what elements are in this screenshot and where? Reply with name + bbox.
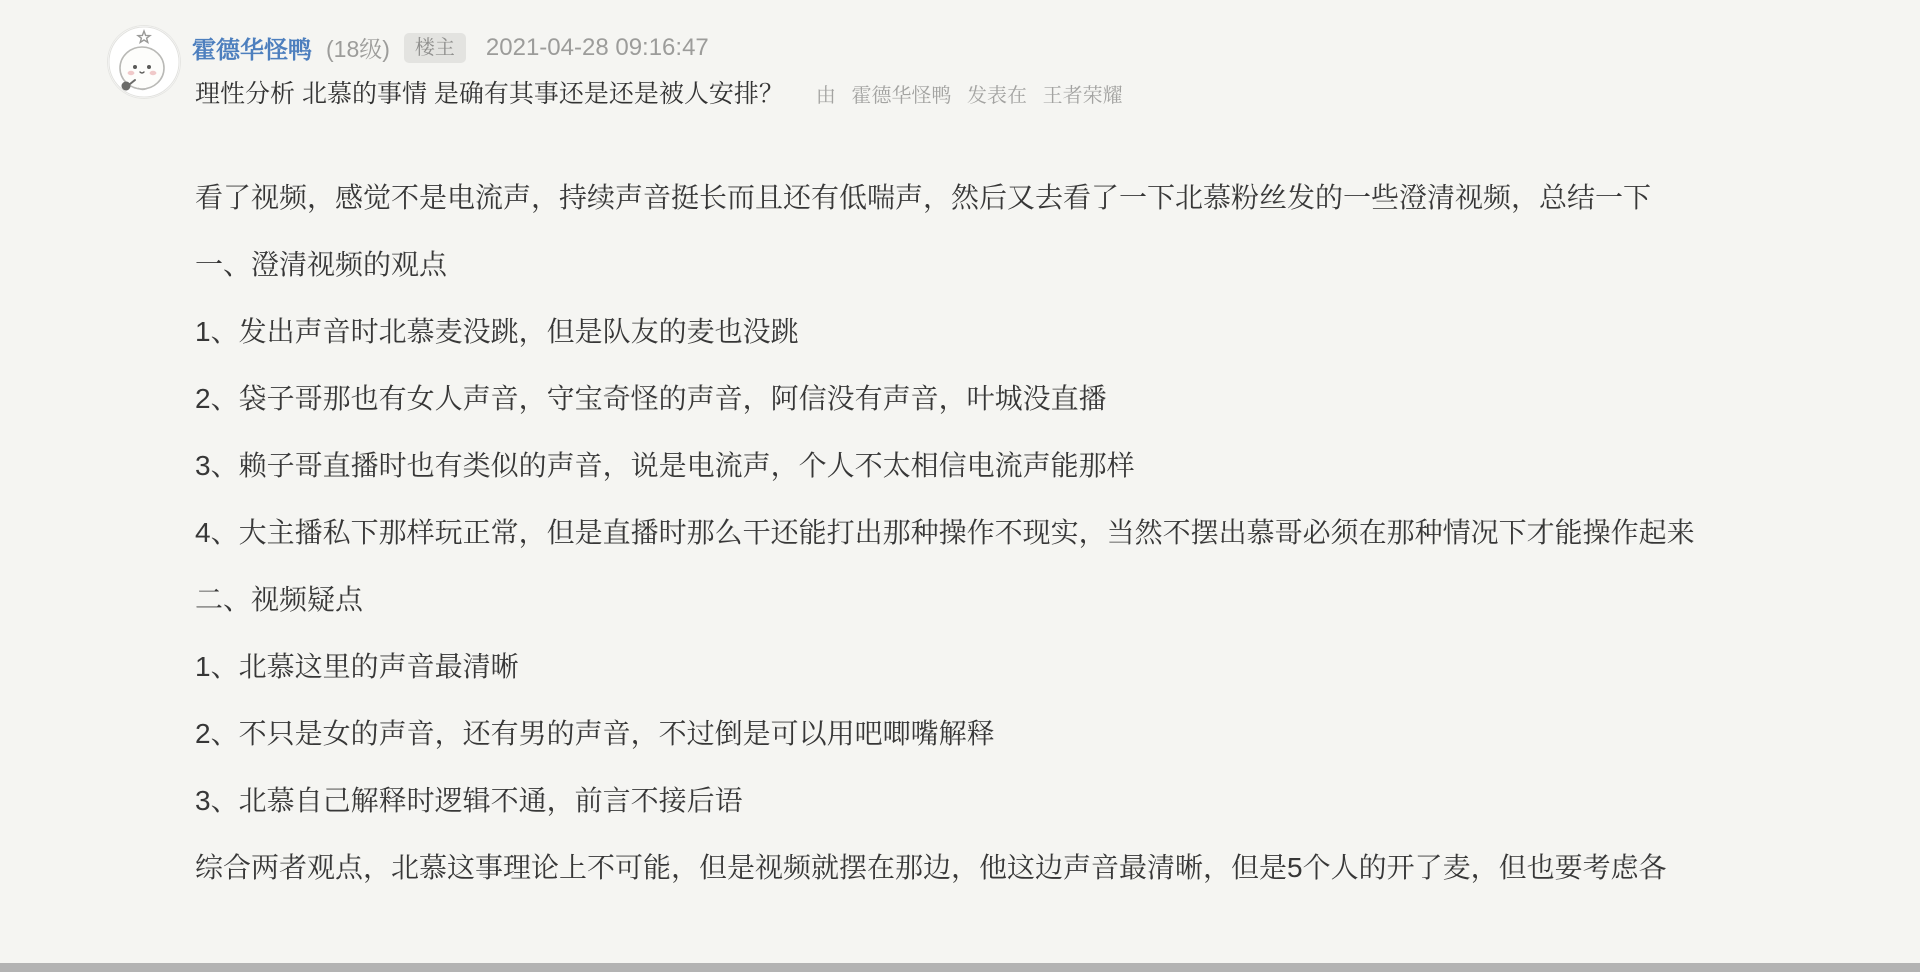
post-paragraph: 综合两者观点，北慕这事理论上不可能，但是视频就摆在那边，他这边声音最清晰，但是5… bbox=[195, 834, 1703, 901]
avatar[interactable] bbox=[108, 26, 180, 98]
post-title: 理性分析 北慕的事情 是确有其事还是还是被人安排？ bbox=[195, 74, 784, 110]
post-meta: 由 霍德华怪鸭 发表在 王者荣耀 bbox=[816, 79, 1133, 108]
post-paragraph: 4、大主播私下那样玩正常，但是直播时那么干还能打出那种操作不现实，当然不摆出慕哥… bbox=[195, 499, 1703, 566]
meta-posted-in-label: 发表在 bbox=[967, 85, 1027, 107]
author-level: (18级) bbox=[326, 31, 390, 64]
meta-by-label: 由 bbox=[816, 85, 836, 107]
post-header: 霍德华怪鸭 (18级) 楼主 2021-04-28 09:16:47 bbox=[192, 30, 709, 65]
post-paragraph: 一、澄清视频的观点 bbox=[195, 231, 1703, 298]
post-paragraph: 2、不只是女的声音，还有男的声音，不过倒是可以用吧唧嘴解释 bbox=[195, 700, 1703, 767]
post-title-row: 理性分析 北慕的事情 是确有其事还是还是被人安排？ 由 霍德华怪鸭 发表在 王者… bbox=[195, 74, 1133, 110]
post-timestamp: 2021-04-28 09:16:47 bbox=[486, 34, 709, 62]
duck-avatar-icon bbox=[108, 26, 180, 98]
page: 霍德华怪鸭 (18级) 楼主 2021-04-28 09:16:47 理性分析 … bbox=[0, 0, 1920, 972]
post-paragraph: 看了视频，感觉不是电流声，持续声音挺长而且还有低喘声，然后又去看了一下北慕粉丝发… bbox=[195, 164, 1703, 231]
post-paragraph: 二、视频疑点 bbox=[195, 566, 1703, 633]
post-paragraph: 3、北慕自己解释时逻辑不通，前言不接后语 bbox=[195, 767, 1703, 834]
meta-author-link[interactable]: 霍德华怪鸭 bbox=[851, 85, 951, 107]
op-badge: 楼主 bbox=[404, 33, 466, 63]
post-paragraph: 1、发出声音时北慕麦没跳，但是队友的麦也没跳 bbox=[195, 298, 1703, 365]
post-paragraph: 3、赖子哥直播时也有类似的声音，说是电流声，个人不太相信电流声能那样 bbox=[195, 432, 1703, 499]
post-paragraph: 1、北慕这里的声音最清晰 bbox=[195, 633, 1703, 700]
post-body: 看了视频，感觉不是电流声，持续声音挺长而且还有低喘声，然后又去看了一下北慕粉丝发… bbox=[195, 164, 1703, 901]
post-paragraph: 2、袋子哥那也有女人声音，守宝奇怪的声音，阿信没有声音，叶城没直播 bbox=[195, 365, 1703, 432]
author-link[interactable]: 霍德华怪鸭 bbox=[192, 30, 312, 65]
bottom-scrollbar[interactable] bbox=[0, 963, 1920, 972]
meta-forum-link[interactable]: 王者荣耀 bbox=[1043, 85, 1123, 107]
